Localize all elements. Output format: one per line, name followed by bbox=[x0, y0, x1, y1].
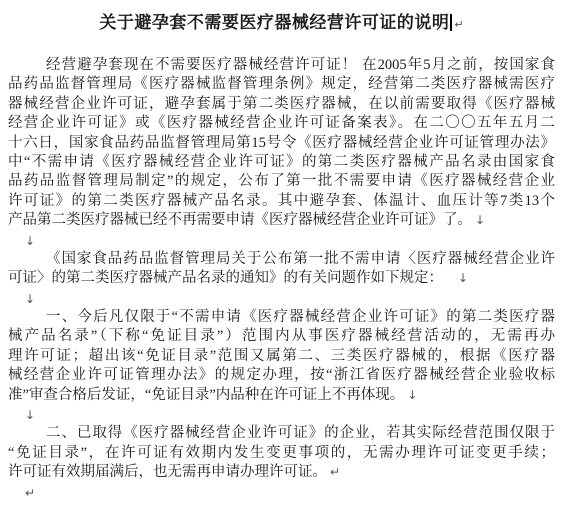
empty-line: ↵ bbox=[8, 483, 555, 502]
text-cursor bbox=[450, 14, 452, 31]
text-line: “免证目录”，在许可证有效期内发生变更事项的，无需办理许可证变更手续； bbox=[8, 444, 555, 463]
document-body: 经营避孕套现在不需要医疗器械经营许可证！ 在2005年5月之前，按国家食品药品监… bbox=[8, 56, 555, 502]
paragraph-mark: ↵ bbox=[330, 465, 340, 479]
document-title: 关于避孕套不需要医疗器械经营许可证的说明 bbox=[99, 13, 449, 32]
text-line: 经营企业许可证》或《医疗器械经营企业许可证备案表》。在二〇〇五年五月二 bbox=[8, 114, 555, 133]
text-line: 许可证》的第二类医疗器械产品名录。其中避孕套、体温计、血压计等7类13个 bbox=[8, 192, 555, 211]
text-line: 械产品名录”（下称“免证目录”）范围内从事医疗器械经营活动的，无需再办 bbox=[8, 327, 555, 346]
line-break-mark: ↓ bbox=[25, 234, 35, 248]
document-page: 关于避孕套不需要医疗器械经营许可证的说明↵ 经营避孕套现在不需要医疗器械经营许可… bbox=[0, 0, 563, 522]
line-break-mark: ↓ bbox=[25, 292, 35, 306]
text-line: 准”审查合格后发证，“免证目录”内品种在许可证上不再体现。↓ bbox=[8, 386, 555, 405]
paragraph-mark: ↵ bbox=[454, 18, 463, 31]
text-line: 许可证有效期届满后，也无需再申请办理许可证。↵ bbox=[8, 463, 555, 482]
title-row: 关于避孕套不需要医疗器械经营许可证的说明↵ bbox=[8, 10, 555, 36]
text-line: 产品第二类医疗器械已经不再需要申请《医疗器械经营企业许可证》了。↓ bbox=[8, 211, 555, 230]
empty-line: ↓ bbox=[8, 231, 555, 250]
line-break-mark: ↓ bbox=[25, 408, 35, 422]
text-line: 十六日，国家食品药品监督管理局第15号令《医疗器械经营企业许可证管理办法》 bbox=[8, 134, 555, 153]
text-line: 中“不需申请《医疗器械经营企业许可证》的第二类医疗器械产品名录由国家食 bbox=[8, 153, 555, 172]
paragraph-mark: ↵ bbox=[25, 486, 35, 500]
paragraph: 二、已取得《医疗器械经营企业许可证》的企业，若其实际经营范围仅限于“免证目录”，… bbox=[8, 424, 555, 482]
text-line: 二、已取得《医疗器械经营企业许可证》的企业，若其实际经营范围仅限于 bbox=[8, 424, 555, 443]
text-line: 可证〉的第二类医疗器械产品名录的通知》的有关问题作如下规定：↓ bbox=[8, 269, 555, 288]
text-line: 品药品监督管理局制定”的规定，公布了第一批不需要申请《医疗器械经营企业 bbox=[8, 172, 555, 191]
paragraph: 经营避孕套现在不需要医疗器械经营许可证！ 在2005年5月之前，按国家食品药品监… bbox=[8, 56, 555, 231]
text-line: 械经营企业许可证管理办法》的规定办理，按“浙江省医疗器械经营企业验收标 bbox=[8, 366, 555, 385]
empty-line: ↓ bbox=[8, 289, 555, 308]
line-break-mark: ↓ bbox=[458, 271, 468, 285]
line-break-mark: ↓ bbox=[475, 213, 485, 227]
text-line: 《国家食品药品监督管理局关于公布第一批不需申请〈医疗器械经营企业许 bbox=[8, 250, 555, 269]
line-break-mark: ↓ bbox=[407, 388, 417, 402]
text-line: 品药品监督管理局《医疗器械监督管理条例》规定，经营第二类医疗器械需医疗 bbox=[8, 75, 555, 94]
text-line: 器械经营企业许可证，避孕套属于第二类医疗器械，在以前需要取得《医疗器械 bbox=[8, 95, 555, 114]
text-line: 经营避孕套现在不需要医疗器械经营许可证！ 在2005年5月之前，按国家食 bbox=[8, 56, 555, 75]
paragraph: 《国家食品药品监督管理局关于公布第一批不需申请〈医疗器械经营企业许可证〉的第二类… bbox=[8, 250, 555, 289]
text-line: 一、今后凡仅限于“不需申请《医疗器械经营企业许可证》的第二类医疗器 bbox=[8, 308, 555, 327]
paragraph: 一、今后凡仅限于“不需申请《医疗器械经营企业许可证》的第二类医疗器械产品名录”（… bbox=[8, 308, 555, 405]
text-line: 理许可证；超出该“免证目录”范围又属第二、三类医疗器械的，根据《医疗器 bbox=[8, 347, 555, 366]
empty-line: ↓ bbox=[8, 405, 555, 424]
